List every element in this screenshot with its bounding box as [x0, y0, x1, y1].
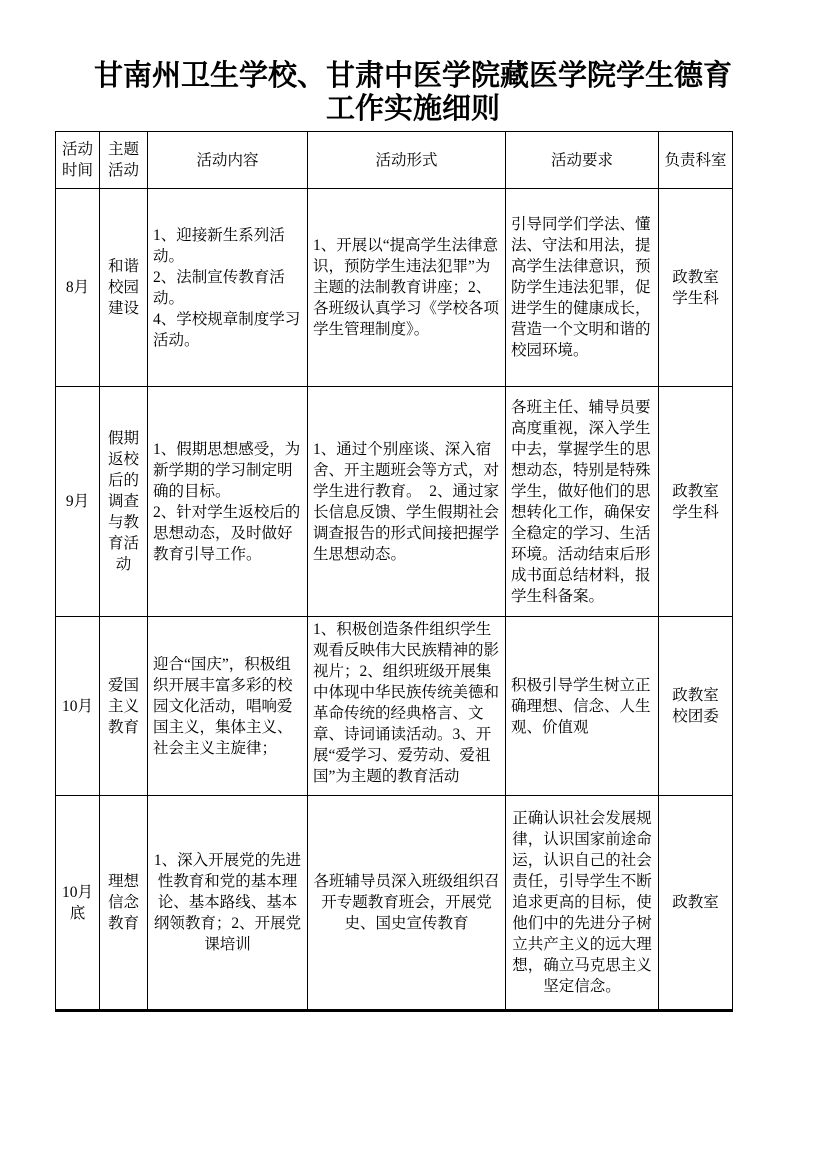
content-cell: 1、深入开展党的先进性教育和党的基本理论、基本路线、基本纲领教育；2、开展党课培… [148, 796, 308, 1011]
form-cell: 1、积极创造条件组织学生观看反映伟大民族精神的影视片；2、组织班级开展集中体现中… [308, 617, 506, 796]
page-title: 甘南州卫生学校、甘肃中医学院藏医学院学生德育 工作实施细则 [63, 0, 763, 126]
header-activity-form: 活动形式 [308, 132, 506, 189]
content-cell: 迎合“国庆”，积极组织开展丰富多彩的校园文化活动，唱响爱国主义，集体主义、社会主… [148, 617, 308, 796]
department-cell: 政教室 学生科 [659, 387, 733, 617]
page-title-line2: 工作实施细则 [63, 93, 763, 126]
table-row-end-of-october: 10月底 理想信念教育 1、深入开展党的先进性教育和党的基本理论、基本路线、基本… [56, 796, 733, 1011]
form-cell: 各班辅导员深入班级组织召开专题教育班会，开展党史、国史宣传教育 [308, 796, 506, 1011]
requirement-cell: 积极引导学生树立正确理想、信念、人生观、价值观 [506, 617, 659, 796]
time-cell: 10月 [56, 617, 100, 796]
requirement-cell: 各班主任、辅导员要高度重视，深入学生中去，掌握学生的思想动态，特别是特殊学生，做… [506, 387, 659, 617]
document-page: 甘南州卫生学校、甘肃中医学院藏医学院学生德育 工作实施细则 活动时间 主题活动 … [0, 0, 826, 1169]
department-cell: 政教室 学生科 [659, 189, 733, 387]
header-activity-time: 活动时间 [56, 132, 100, 189]
header-activity-content: 活动内容 [148, 132, 308, 189]
time-cell: 8月 [56, 189, 100, 387]
time-cell: 9月 [56, 387, 100, 617]
time-cell: 10月底 [56, 796, 100, 1011]
page-title-line1: 甘南州卫生学校、甘肃中医学院藏医学院学生德育 [63, 60, 763, 93]
theme-cell: 理想信念教育 [100, 796, 148, 1011]
table-header-row: 活动时间 主题活动 活动内容 活动形式 活动要求 负责科室 [56, 132, 733, 189]
theme-cell: 假期返校后的调查与教育活动 [100, 387, 148, 617]
form-cell: 1、通过个别座谈、深入宿舍、开主题班会等方式，对学生进行教育。 2、通过家长信息… [308, 387, 506, 617]
content-cell: 1、迎接新生系列活动。 2、法制宣传教育活动。 4、学校规章制度学习活动。 [148, 189, 308, 387]
table-row-september: 9月 假期返校后的调查与教育活动 1、假期思想感受，为新学期的学习制定明确的目标… [56, 387, 733, 617]
department-cell: 政教室 校团委 [659, 617, 733, 796]
table-row-august: 8月 和谐校园建设 1、迎接新生系列活动。 2、法制宣传教育活动。 4、学校规章… [56, 189, 733, 387]
form-cell: 1、开展以“提高学生法律意识，预防学生违法犯罪”为主题的法制教育讲座；2、各班级… [308, 189, 506, 387]
header-activity-requirement: 活动要求 [506, 132, 659, 189]
requirement-cell: 引导同学们学法、懂法、守法和用法，提高学生法律意识，预防学生违法犯罪，促进学生的… [506, 189, 659, 387]
theme-cell: 和谐校园建设 [100, 189, 148, 387]
content-cell: 1、假期思想感受，为新学期的学习制定明确的目标。 2、针对学生返校后的思想动态，… [148, 387, 308, 617]
header-responsible-department: 负责科室 [659, 132, 733, 189]
theme-cell: 爱国主义教育 [100, 617, 148, 796]
requirement-cell: 正确认识社会发展规律，认识国家前途命运，认识自己的社会责任，引导学生不断追求更高… [506, 796, 659, 1011]
moral-education-schedule-table: 活动时间 主题活动 活动内容 活动形式 活动要求 负责科室 8月 和谐校园建设 … [55, 131, 733, 1012]
table-row-october: 10月 爱国主义教育 迎合“国庆”，积极组织开展丰富多彩的校园文化活动，唱响爱国… [56, 617, 733, 796]
department-cell: 政教室 [659, 796, 733, 1011]
header-theme-activity: 主题活动 [100, 132, 148, 189]
